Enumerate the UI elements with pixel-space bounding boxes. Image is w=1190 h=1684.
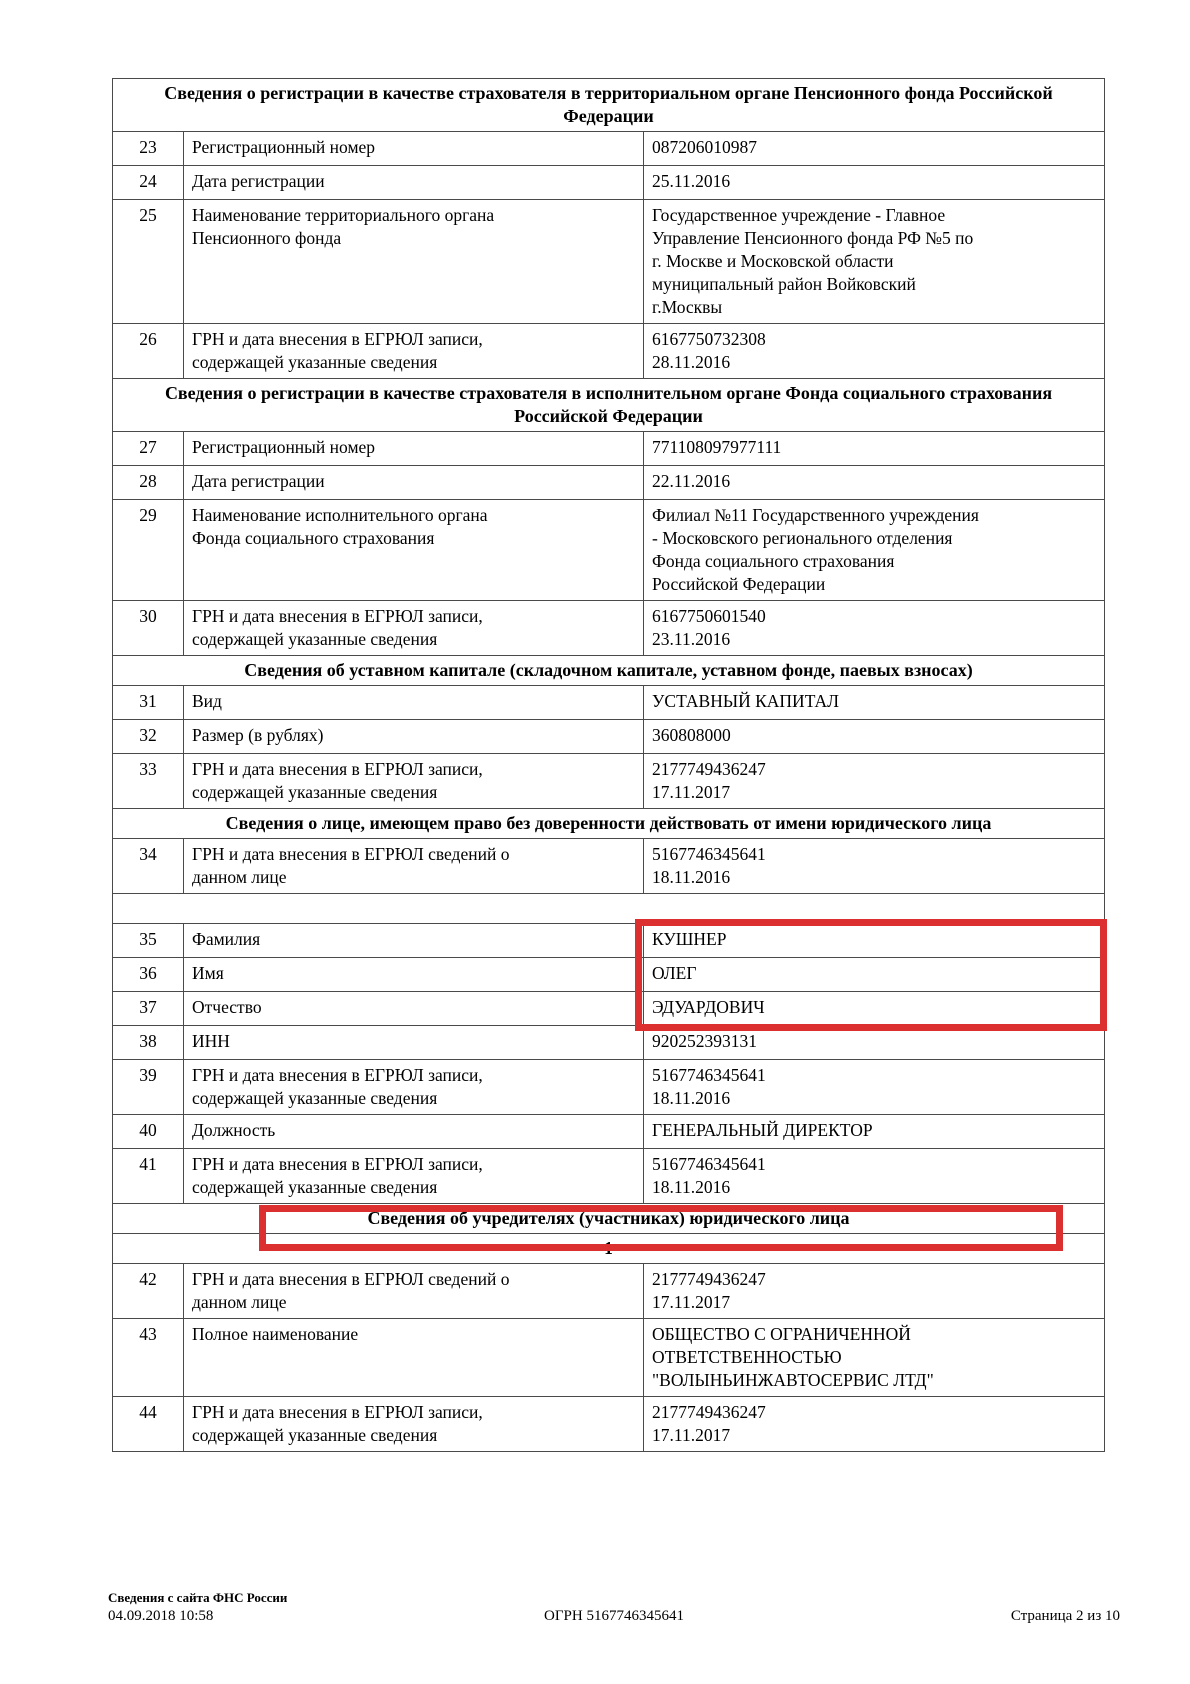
row-label: Размер (в рублях): [183, 720, 643, 753]
section-header-row: Сведения об учредителях (участниках) юри…: [113, 1203, 1104, 1233]
row-label: ГРН и дата внесения в ЕГРЮЛ записи, соде…: [183, 1149, 643, 1203]
row-number: 33: [113, 754, 183, 808]
table-row: 34ГРН и дата внесения в ЕГРЮЛ сведений о…: [113, 838, 1104, 893]
row-value: Государственное учреждение - Главное Упр…: [643, 200, 1104, 323]
row-number: 27: [113, 432, 183, 465]
row-label: ГРН и дата внесения в ЕГРЮЛ сведений о д…: [183, 1264, 643, 1318]
row-label: Дата регистрации: [183, 166, 643, 199]
table-row: 29Наименование исполнительного органа Фо…: [113, 499, 1104, 600]
table-row: 31ВидУСТАВНЫЙ КАПИТАЛ: [113, 685, 1104, 719]
red-highlight-box: [635, 956, 1107, 993]
table-row: 35ФамилияКУШНЕР: [113, 923, 1104, 957]
table-row: 30ГРН и дата внесения в ЕГРЮЛ записи, со…: [113, 600, 1104, 655]
row-value: ГЕНЕРАЛЬНЫЙ ДИРЕКТОР: [643, 1115, 1104, 1148]
row-value: 25.11.2016: [643, 166, 1104, 199]
row-value: ОЛЕГ: [643, 958, 1104, 991]
row-label: ГРН и дата внесения в ЕГРЮЛ записи, соде…: [183, 324, 643, 378]
row-label: ГРН и дата внесения в ЕГРЮЛ записи, соде…: [183, 1397, 643, 1451]
row-value: 2177749436247 17.11.2017: [643, 1397, 1104, 1451]
row-number: 26: [113, 324, 183, 378]
row-number: 29: [113, 500, 183, 600]
table-row: 27Регистрационный номер771108097977111: [113, 431, 1104, 465]
row-value: 2177749436247 17.11.2017: [643, 1264, 1104, 1318]
section-header-label: Сведения об учредителях (участниках) юри…: [367, 1208, 849, 1228]
row-label: Дата регистрации: [183, 466, 643, 499]
row-value: Филиал №11 Государственного учреждения -…: [643, 500, 1104, 600]
row-label: Регистрационный номер: [183, 132, 643, 165]
table-row: 23Регистрационный номер087206010987: [113, 131, 1104, 165]
row-number: 23: [113, 132, 183, 165]
row-value: УСТАВНЫЙ КАПИТАЛ: [643, 686, 1104, 719]
section-header-row: Сведения о регистрации в качестве страхо…: [113, 79, 1104, 131]
row-label: ГРН и дата внесения в ЕГРЮЛ записи, соде…: [183, 601, 643, 655]
section-header-label: Сведения о регистрации в качестве страхо…: [164, 83, 1053, 126]
table-row: 43Полное наименованиеОБЩЕСТВО С ОГРАНИЧЕ…: [113, 1318, 1104, 1396]
footer-source-label: Сведения с сайта ФНС России: [108, 1590, 287, 1606]
row-label: ИНН: [183, 1026, 643, 1059]
table-row: 25Наименование территориального органа П…: [113, 199, 1104, 323]
row-number: 24: [113, 166, 183, 199]
row-value: 5167746345641 18.11.2016: [643, 1060, 1104, 1114]
section-header-label: Сведения об уставном капитале (складочно…: [244, 660, 973, 680]
row-number: 42: [113, 1264, 183, 1318]
row-number: 34: [113, 839, 183, 893]
row-number: 31: [113, 686, 183, 719]
row-label: Регистрационный номер: [183, 432, 643, 465]
row-value: 2177749436247 17.11.2017: [643, 754, 1104, 808]
row-number: 37: [113, 992, 183, 1025]
row-number: 43: [113, 1319, 183, 1396]
row-label: Наименование территориального органа Пен…: [183, 200, 643, 323]
row-value: 5167746345641 18.11.2016: [643, 1149, 1104, 1203]
table-row: 39ГРН и дата внесения в ЕГРЮЛ записи, со…: [113, 1059, 1104, 1114]
row-number: 25: [113, 200, 183, 323]
table-row: 41ГРН и дата внесения в ЕГРЮЛ записи, со…: [113, 1148, 1104, 1203]
table-row: 36ИмяОЛЕГ: [113, 957, 1104, 991]
section-header-label: Сведения о лице, имеющем право без довер…: [226, 813, 992, 833]
row-label: Отчество: [183, 992, 643, 1025]
row-number: 38: [113, 1026, 183, 1059]
section-header-label: Сведения о регистрации в качестве страхо…: [165, 383, 1052, 426]
row-number: 41: [113, 1149, 183, 1203]
row-label: ГРН и дата внесения в ЕГРЮЛ записи, соде…: [183, 1060, 643, 1114]
row-label: Имя: [183, 958, 643, 991]
row-label: Фамилия: [183, 924, 643, 957]
table-row: 42ГРН и дата внесения в ЕГРЮЛ сведений о…: [113, 1263, 1104, 1318]
row-value: 6167750732308 28.11.2016: [643, 324, 1104, 378]
red-highlight-box: [635, 919, 1107, 959]
spacer-row: [113, 893, 1104, 923]
row-value: 22.11.2016: [643, 466, 1104, 499]
row-number: 28: [113, 466, 183, 499]
row-number: 40: [113, 1115, 183, 1148]
row-label: Должность: [183, 1115, 643, 1148]
table-row: 28Дата регистрации22.11.2016: [113, 465, 1104, 499]
section-header-row: Сведения об уставном капитале (складочно…: [113, 655, 1104, 685]
row-value: 360808000: [643, 720, 1104, 753]
section-header-row: Сведения о лице, имеющем право без довер…: [113, 808, 1104, 838]
row-number: 35: [113, 924, 183, 957]
table-row: 32Размер (в рублях)360808000: [113, 719, 1104, 753]
table-row: 38ИНН920252393131: [113, 1025, 1104, 1059]
row-value: 6167750601540 23.11.2016: [643, 601, 1104, 655]
section-header-row: Сведения о регистрации в качестве страхо…: [113, 378, 1104, 431]
row-label: ГРН и дата внесения в ЕГРЮЛ сведений о д…: [183, 839, 643, 893]
row-label: Наименование исполнительного органа Фонд…: [183, 500, 643, 600]
row-number: 39: [113, 1060, 183, 1114]
row-label: Вид: [183, 686, 643, 719]
row-value: ЭДУАРДОВИЧ: [643, 992, 1104, 1025]
row-value: 5167746345641 18.11.2016: [643, 839, 1104, 893]
table-row: 37ОтчествоЭДУАРДОВИЧ: [113, 991, 1104, 1025]
egrul-table: Сведения о регистрации в качестве страхо…: [112, 78, 1105, 1452]
row-number: 32: [113, 720, 183, 753]
footer-ogrn: ОГРН 5167746345641: [108, 1607, 1120, 1625]
row-label: Полное наименование: [183, 1319, 643, 1396]
row-value: 771108097977111: [643, 432, 1104, 465]
footer-page-number: Страница 2 из 10: [1011, 1607, 1120, 1625]
table-row: 26ГРН и дата внесения в ЕГРЮЛ записи, со…: [113, 323, 1104, 378]
table-row: 44ГРН и дата внесения в ЕГРЮЛ записи, со…: [113, 1396, 1104, 1451]
row-number: 36: [113, 958, 183, 991]
participant-index-row: 1: [113, 1233, 1104, 1263]
table-row: 24Дата регистрации25.11.2016: [113, 165, 1104, 199]
row-number: 44: [113, 1397, 183, 1451]
row-label: ГРН и дата внесения в ЕГРЮЛ записи, соде…: [183, 754, 643, 808]
row-value: 087206010987: [643, 132, 1104, 165]
page-footer: Сведения с сайта ФНС России 04.09.2018 1…: [108, 1590, 1120, 1640]
row-number: 30: [113, 601, 183, 655]
row-value: ОБЩЕСТВО С ОГРАНИЧЕННОЙ ОТВЕТСТВЕННОСТЬЮ…: [643, 1319, 1104, 1396]
table-row: 33ГРН и дата внесения в ЕГРЮЛ записи, со…: [113, 753, 1104, 808]
row-value: КУШНЕР: [643, 924, 1104, 957]
row-value: 920252393131: [643, 1026, 1104, 1059]
table-row: 40ДолжностьГЕНЕРАЛЬНЫЙ ДИРЕКТОР: [113, 1114, 1104, 1148]
